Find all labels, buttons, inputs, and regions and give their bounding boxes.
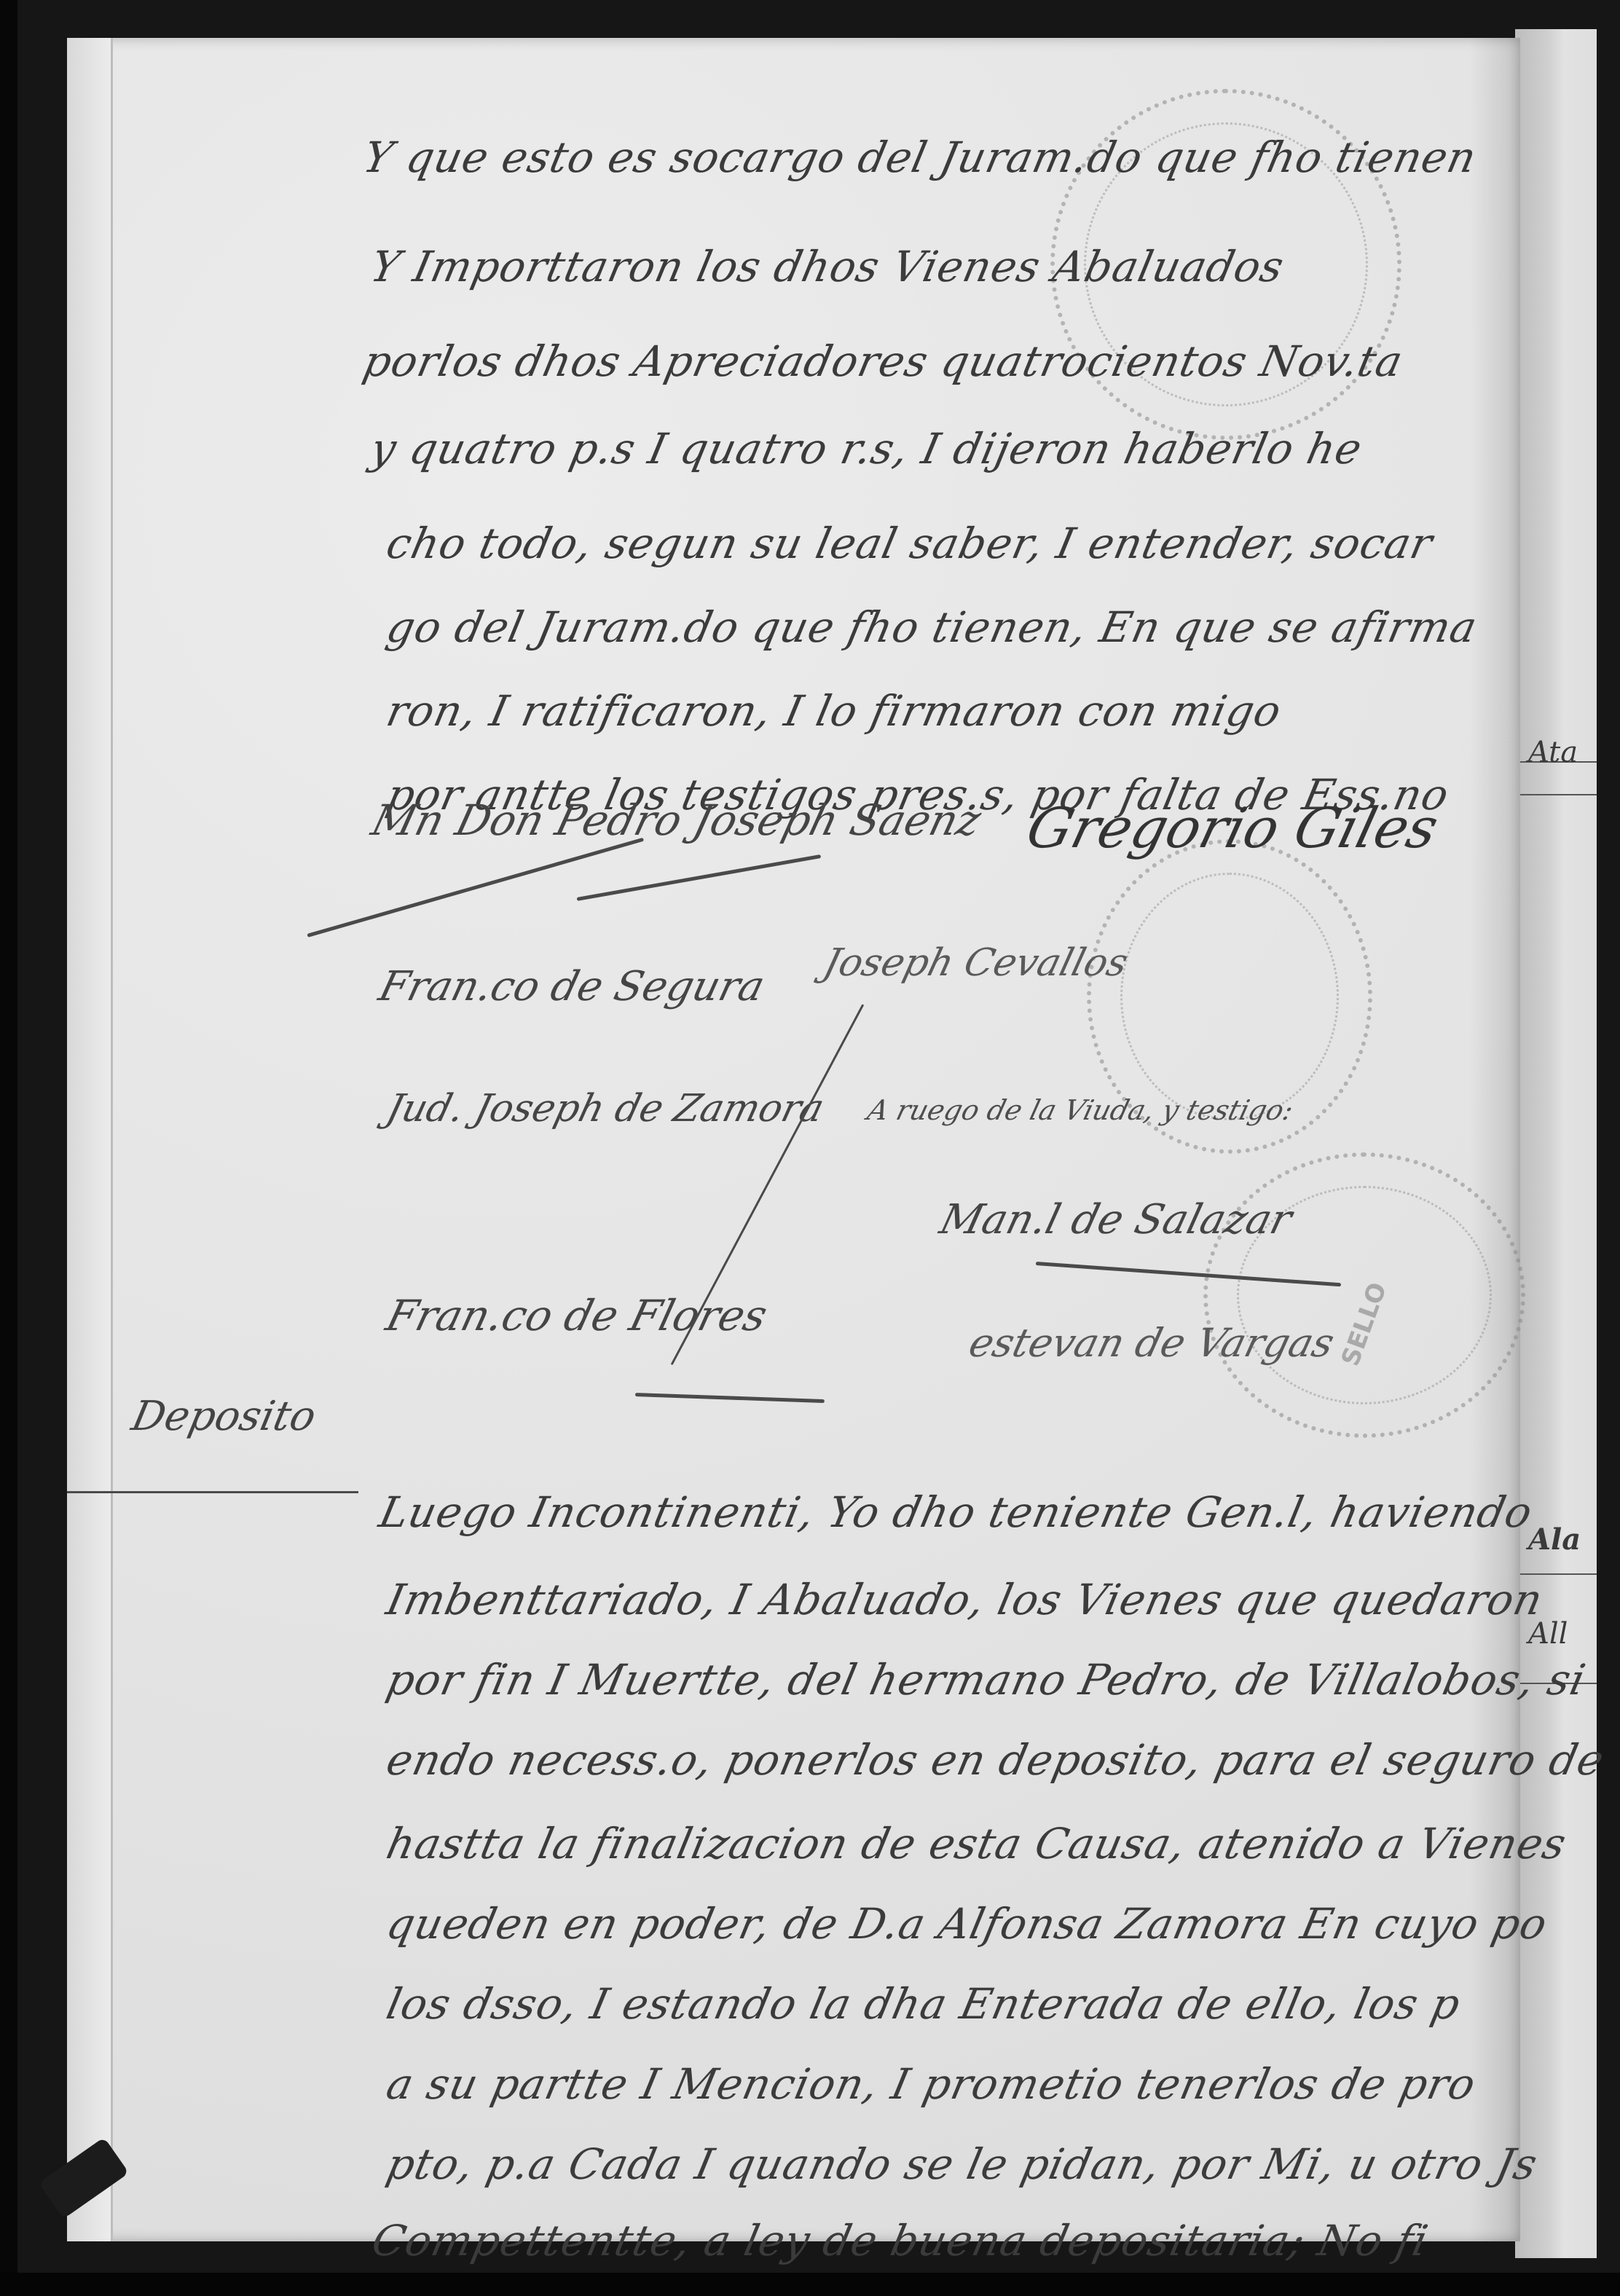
text-line: porlos dhos Apreciadores quatrocientos N… [359, 337, 1408, 386]
rubric-stroke [635, 1393, 825, 1403]
text-line: endo necess.o, ponerlos en deposito, par… [382, 1735, 1609, 1785]
rubric-stroke [307, 838, 644, 937]
text-line: los dsso, I estando la dha Enterada de e… [382, 1979, 1465, 2029]
signature: Fran.co de Segura [374, 963, 769, 1010]
text-line: pto, p.a Cada I quando se le pidan, por … [382, 2139, 1542, 2189]
text-line: cho todo, segun su leal saber, I entende… [382, 519, 1437, 568]
text-line: Y que esto es socargo del Juram.do que f… [359, 133, 1482, 182]
signature: Man.l de Salazar [935, 1196, 1297, 1243]
page-deckle-edge [67, 38, 113, 2241]
text-line: Y Importtaron los dhos Vienes Abaluados [366, 242, 1289, 291]
signature: Jud. Joseph de Zamora [382, 1087, 829, 1131]
text-line: por fin I Muertte, del hermano Pedro, de… [382, 1655, 1590, 1705]
margin-note: Deposito [127, 1393, 320, 1440]
margin-rule [67, 1491, 358, 1493]
scan-edge [0, 0, 17, 2296]
text-line: queden en poder, de D.a Alfonsa Zamora E… [382, 1899, 1552, 1949]
margin-rule [1515, 794, 1597, 795]
margin-fragment: Ata [1528, 736, 1578, 769]
text-line: Luego Incontinenti, Yo dho teniente Gen.… [375, 1487, 1537, 1537]
signature: Joseph Cevallos [819, 941, 1133, 985]
signature: Fran.co de Flores [382, 1291, 773, 1340]
text-line: Imbenttariado, I Abaluado, los Vienes qu… [382, 1575, 1548, 1624]
seal-inner-ring [1120, 873, 1339, 1120]
text-line: y quatro p.s I quatro r.s, I dijeron hab… [366, 424, 1367, 473]
signature: estevan de Vargas [964, 1320, 1339, 1366]
rubric-stroke [577, 854, 822, 901]
margin-fragment: Ala [1528, 1522, 1581, 1557]
text-line: hastta la finalizacion de esta Causa, at… [382, 1819, 1571, 1868]
scan-edge [0, 2273, 1620, 2296]
attestation-note: A ruego de la Viuda, y testigo: [865, 1094, 1297, 1126]
text-line: a su partte I Mencion, I prometio tenerl… [382, 2059, 1480, 2109]
signature: Mn Don Pedro Joseph Saenz [367, 795, 986, 845]
text-line: go del Juram.do que fho tienen, En que s… [382, 602, 1482, 652]
text-line: Compettentte, a ley de buena depositaria… [368, 2216, 1433, 2265]
manuscript-page: SELLO Y que esto es socargo del Juram.do… [67, 38, 1520, 2241]
signature: Gregorio Giles [1021, 795, 1444, 860]
seal-stamp: SELLO [1203, 1152, 1525, 1438]
text-line: ron, I ratificaron, I lo firmaron con mi… [382, 686, 1286, 736]
